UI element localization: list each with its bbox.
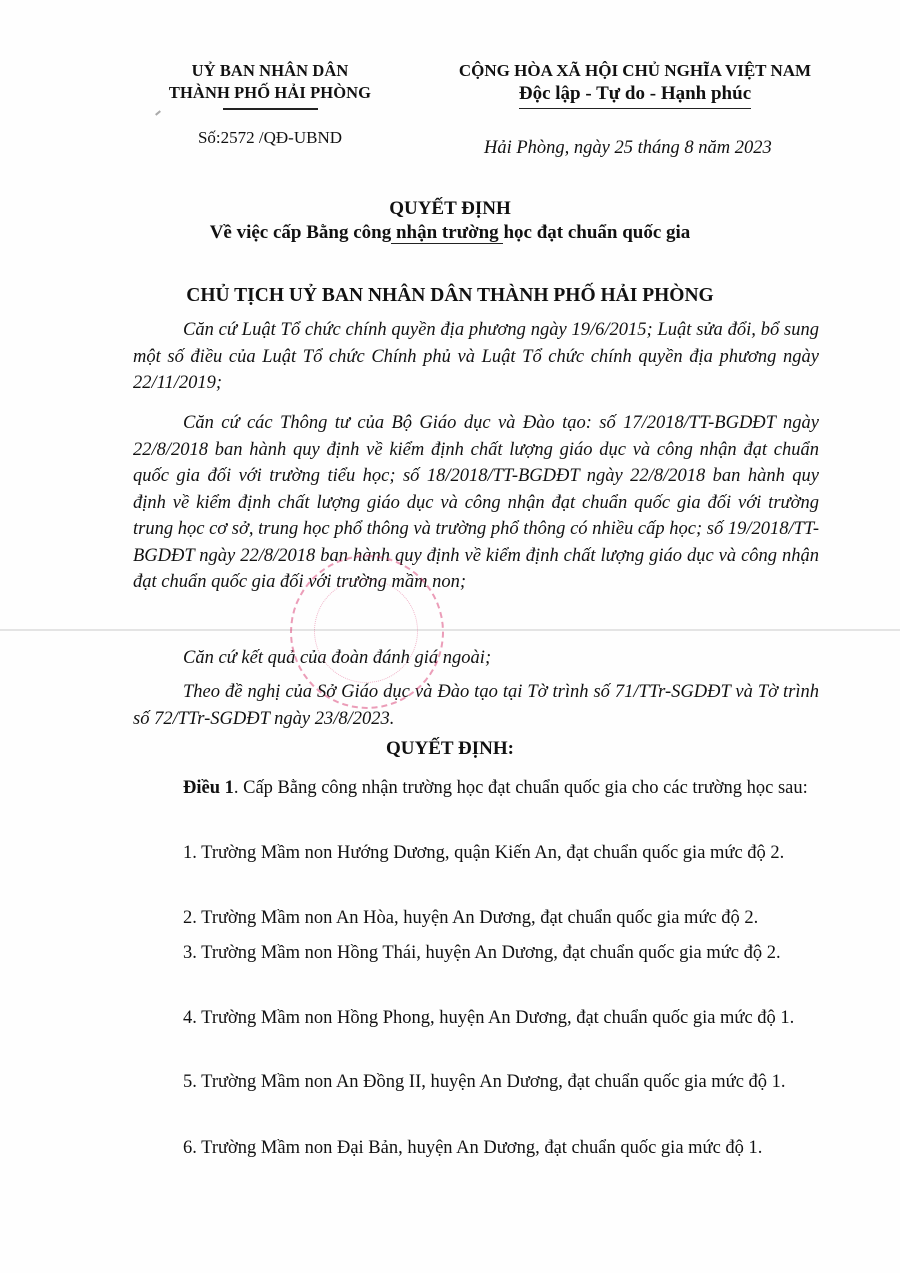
subject-prefix: Về việc cấp Bằng công [210, 222, 392, 243]
school-item: 5. Trường Mầm non An Đồng II, huyện An D… [133, 1069, 819, 1096]
article-1: Điều 1. Cấp Bằng công nhận trường học đạ… [133, 775, 819, 802]
school-item: 6. Trường Mầm non Đại Bản, huyện An Dươn… [133, 1135, 819, 1162]
document-subject: Về việc cấp Bằng công nhận trường học đạ… [0, 222, 900, 244]
subject-suffix: học đạt chuẩn quốc gia [503, 222, 690, 243]
date-line: Hải Phòng, ngày 25 tháng 8 năm 2023 [484, 138, 772, 159]
document-type: QUYẾT ĐỊNH [0, 198, 900, 220]
article-1-label: Điều 1 [183, 778, 234, 798]
issuer-line-2: THÀNH PHỐ HẢI PHÒNG [140, 82, 400, 104]
preamble-3: Căn cứ kết quả của đoàn đánh giá ngoài; [133, 645, 819, 672]
preamble-1: Căn cứ Luật Tổ chức chính quyền địa phươ… [133, 317, 819, 397]
issuer-block: UỶ BAN NHÂN DÂN THÀNH PHỐ HẢI PHÒNG Số:2… [140, 60, 400, 148]
issuer-underline [223, 108, 318, 110]
decision-heading: QUYẾT ĐỊNH: [0, 738, 900, 760]
school-item: 2. Trường Mầm non An Hòa, huyện An Dương… [133, 905, 819, 932]
document-number: Số:2572 /QĐ-UBND [140, 128, 400, 148]
issuer-line-1: UỶ BAN NHÂN DÂN [140, 60, 400, 82]
subject-underlined: nhận trường [391, 222, 503, 244]
issuing-authority: CHỦ TỊCH UỶ BAN NHÂN DÂN THÀNH PHỐ HẢI P… [0, 285, 900, 307]
article-1-text: . Cấp Bằng công nhận trường học đạt chuẩ… [234, 778, 808, 798]
nation-block: CỘNG HÒA XÃ HỘI CHỦ NGHĨA VIỆT NAM Độc l… [430, 60, 840, 109]
preamble-2: Căn cứ các Thông tư của Bộ Giáo dục và Đ… [133, 410, 819, 596]
national-motto: Độc lập - Tự do - Hạnh phúc [519, 82, 751, 109]
scan-fold-line [0, 629, 900, 631]
preamble-4: Theo đề nghị của Sở Giáo dục và Đào tạo … [133, 679, 819, 732]
school-item: 3. Trường Mầm non Hồng Thái, huyện An Dư… [133, 940, 819, 967]
document-page: UỶ BAN NHÂN DÂN THÀNH PHỐ HẢI PHÒNG Số:2… [0, 0, 900, 1273]
nation-name: CỘNG HÒA XÃ HỘI CHỦ NGHĨA VIỆT NAM [430, 60, 840, 82]
school-item: 1. Trường Mầm non Hướng Dương, quận Kiến… [133, 840, 819, 867]
school-item: 4. Trường Mầm non Hồng Phong, huyện An D… [133, 1005, 819, 1032]
